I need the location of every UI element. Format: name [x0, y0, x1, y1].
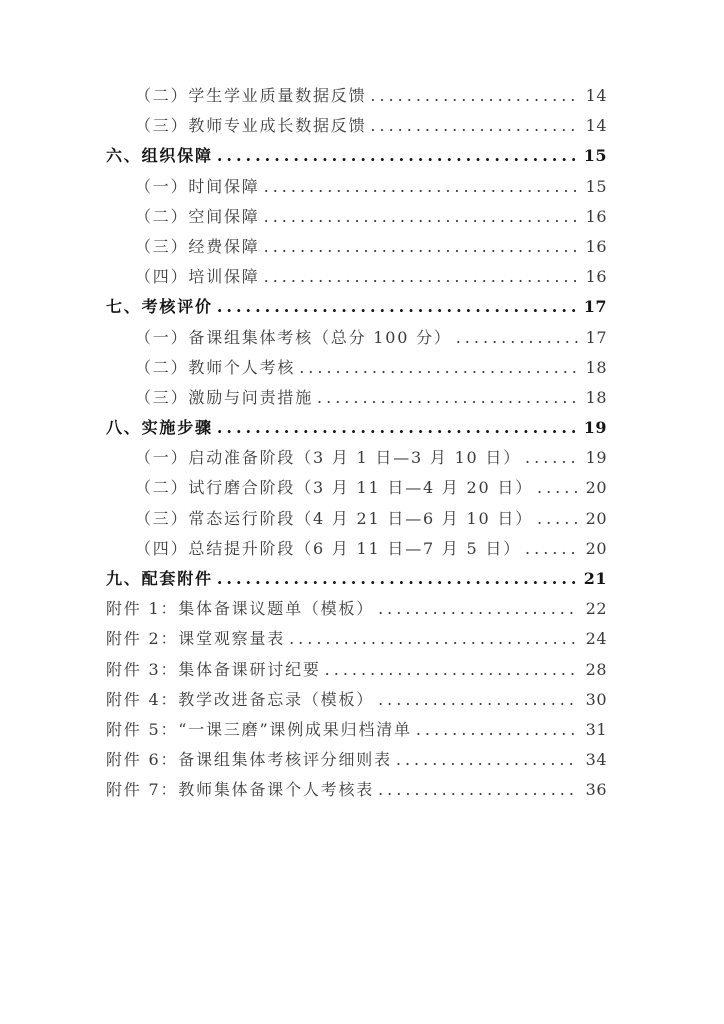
- toc-dot-leader: ........................................…: [412, 715, 578, 745]
- toc-entry-title: （四）培训保障: [135, 262, 260, 292]
- toc-entry-title: 九、配套附件: [106, 564, 213, 594]
- toc-page-number: 30: [585, 685, 607, 715]
- toc-entry[interactable]: （二）空间保障.................................…: [106, 202, 607, 232]
- toc-entry-title: 附件 6：备课组集体考核评分细则表: [106, 745, 392, 775]
- toc-entry-title: 附件 1：集体备课议题单（模板）: [106, 594, 374, 624]
- toc-entry-title: （二）学生学业质量数据反馈: [135, 81, 366, 111]
- toc-entry-title: （三）常态运行阶段（4 月 21 日—6 月 10 日）: [135, 504, 533, 534]
- toc-page-number: 20: [585, 473, 607, 503]
- toc-page-number: 16: [585, 262, 607, 292]
- toc-page-number: 20: [585, 504, 607, 534]
- toc-entry[interactable]: 六、组织保障..................................…: [106, 141, 607, 171]
- toc-entry[interactable]: 附件 6：备课组集体考核评分细则表.......................…: [106, 745, 607, 775]
- toc-page-number: 36: [585, 775, 607, 805]
- toc-entry-title: （四）总结提升阶段（6 月 11 日—7 月 5 日）: [135, 534, 521, 564]
- toc-dot-leader: ........................................…: [213, 292, 577, 322]
- toc-page-number: 22: [585, 594, 607, 624]
- toc-entry[interactable]: （一）启动准备阶段（3 月 1 日—3 月 10 日）.............…: [106, 443, 607, 473]
- toc-entry[interactable]: （二）试行磨合阶段（3 月 11 日—4 月 20 日）............…: [106, 473, 607, 503]
- toc-entry-title: 附件 4：教学改进备忘录（模板）: [106, 685, 374, 715]
- toc-dot-leader: ........................................…: [213, 141, 577, 171]
- toc-entry-title: （二）空间保障: [135, 202, 260, 232]
- document-page: （二）学生学业质量数据反馈...........................…: [0, 0, 724, 1024]
- toc-entry[interactable]: （三）常态运行阶段（4 月 21 日—6 月 10 日）............…: [106, 504, 607, 534]
- toc-entry-title: （一）启动准备阶段（3 月 1 日—3 月 10 日）: [135, 443, 521, 473]
- toc-page-number: 14: [585, 111, 607, 141]
- toc-entry-title: 八、实施步骤: [106, 413, 213, 443]
- toc-entry[interactable]: 附件 5：“一课三磨”课例成果归档清单.....................…: [106, 715, 607, 745]
- toc-entry[interactable]: 九、配套附件..................................…: [106, 564, 607, 594]
- toc-page-number: 14: [585, 81, 607, 111]
- toc-entry-title: 附件 3：集体备课研讨纪要: [106, 655, 321, 685]
- toc-entry[interactable]: 附件 4：教学改进备忘录（模板）........................…: [106, 685, 607, 715]
- toc-entry[interactable]: 八、实施步骤..................................…: [106, 413, 607, 443]
- toc-page-number: 24: [585, 624, 607, 654]
- toc-entry-title: 六、组织保障: [106, 141, 213, 171]
- toc-page-number: 20: [585, 534, 607, 564]
- toc-dot-leader: ........................................…: [295, 353, 578, 383]
- toc-entry[interactable]: 附件 3：集体备课研讨纪要...........................…: [106, 655, 607, 685]
- toc-page-number: 16: [585, 202, 607, 232]
- toc-entry-title: （二）教师个人考核: [135, 353, 295, 383]
- toc-dot-leader: ........................................…: [313, 383, 578, 413]
- toc-dot-leader: ........................................…: [533, 473, 578, 503]
- toc-dot-leader: ........................................…: [260, 232, 578, 262]
- toc-dot-leader: ........................................…: [521, 443, 578, 473]
- toc-entry[interactable]: （四）培训保障.................................…: [106, 262, 607, 292]
- toc-page-number: 18: [585, 353, 607, 383]
- toc-dot-leader: ........................................…: [452, 323, 578, 353]
- toc-entry[interactable]: （三）教师专业成长数据反馈...........................…: [106, 111, 607, 141]
- toc-entry[interactable]: （三）激励与问责措施..............................…: [106, 383, 607, 413]
- toc-page-number: 19: [584, 413, 607, 443]
- toc-entry-title: （一）时间保障: [135, 172, 260, 202]
- toc-entry-title: （三）激励与问责措施: [135, 383, 313, 413]
- toc-page-number: 18: [585, 383, 607, 413]
- toc-page-number: 34: [585, 745, 607, 775]
- toc-dot-leader: ........................................…: [213, 564, 577, 594]
- toc-entry-title: （一）备课组集体考核（总分 100 分）: [135, 323, 452, 353]
- toc-page-number: 15: [584, 141, 607, 171]
- toc-page-number: 21: [584, 564, 607, 594]
- toc-dot-leader: ........................................…: [521, 534, 578, 564]
- toc-entry[interactable]: （二）教师个人考核...............................…: [106, 353, 607, 383]
- toc-entry[interactable]: （一）时间保障.................................…: [106, 172, 607, 202]
- toc-dot-leader: ........................................…: [374, 685, 578, 715]
- toc-page-number: 19: [585, 443, 607, 473]
- toc-entry[interactable]: （三）经费保障.................................…: [106, 232, 607, 262]
- toc-entry-title: 附件 7：教师集体备课个人考核表: [106, 775, 374, 805]
- toc-entry-title: （二）试行磨合阶段（3 月 11 日—4 月 20 日）: [135, 473, 533, 503]
- toc-entry[interactable]: （一）备课组集体考核（总分 100 分）....................…: [106, 323, 607, 353]
- toc-page-number: 31: [585, 715, 607, 745]
- toc-dot-leader: ........................................…: [285, 624, 578, 654]
- toc-dot-leader: ........................................…: [260, 262, 578, 292]
- toc-entry-title: 附件 5：“一课三磨”课例成果归档清单: [106, 715, 412, 745]
- toc-entry[interactable]: 附件 7：教师集体备课个人考核表........................…: [106, 775, 607, 805]
- toc-dot-leader: ........................................…: [374, 594, 578, 624]
- toc-dot-leader: ........................................…: [366, 81, 578, 111]
- toc-dot-leader: ........................................…: [392, 745, 578, 775]
- toc-entry-title: （三）教师专业成长数据反馈: [135, 111, 366, 141]
- toc-entry-title: 七、考核评价: [106, 292, 213, 322]
- toc-page-number: 28: [585, 655, 607, 685]
- toc-page-number: 16: [585, 232, 607, 262]
- toc-dot-leader: ........................................…: [321, 655, 578, 685]
- toc-dot-leader: ........................................…: [533, 504, 578, 534]
- toc-page-number: 17: [585, 323, 607, 353]
- toc-entry[interactable]: 七、考核评价..................................…: [106, 292, 607, 322]
- toc-entry[interactable]: 附件 2：课堂观察量表.............................…: [106, 624, 607, 654]
- toc-dot-leader: ........................................…: [366, 111, 578, 141]
- toc-page-number: 15: [585, 172, 607, 202]
- toc-page-number: 17: [584, 292, 607, 322]
- toc-entry[interactable]: 附件 1：集体备课议题单（模板）........................…: [106, 594, 607, 624]
- toc-entry-title: 附件 2：课堂观察量表: [106, 624, 285, 654]
- toc-dot-leader: ........................................…: [260, 202, 578, 232]
- toc-dot-leader: ........................................…: [260, 172, 578, 202]
- toc-entry-title: （三）经费保障: [135, 232, 260, 262]
- toc-dot-leader: ........................................…: [213, 413, 577, 443]
- toc-entry[interactable]: （二）学生学业质量数据反馈...........................…: [106, 81, 607, 111]
- toc-dot-leader: ........................................…: [374, 775, 578, 805]
- toc-entry[interactable]: （四）总结提升阶段（6 月 11 日—7 月 5 日）.............…: [106, 534, 607, 564]
- table-of-contents: （二）学生学业质量数据反馈...........................…: [106, 81, 607, 806]
